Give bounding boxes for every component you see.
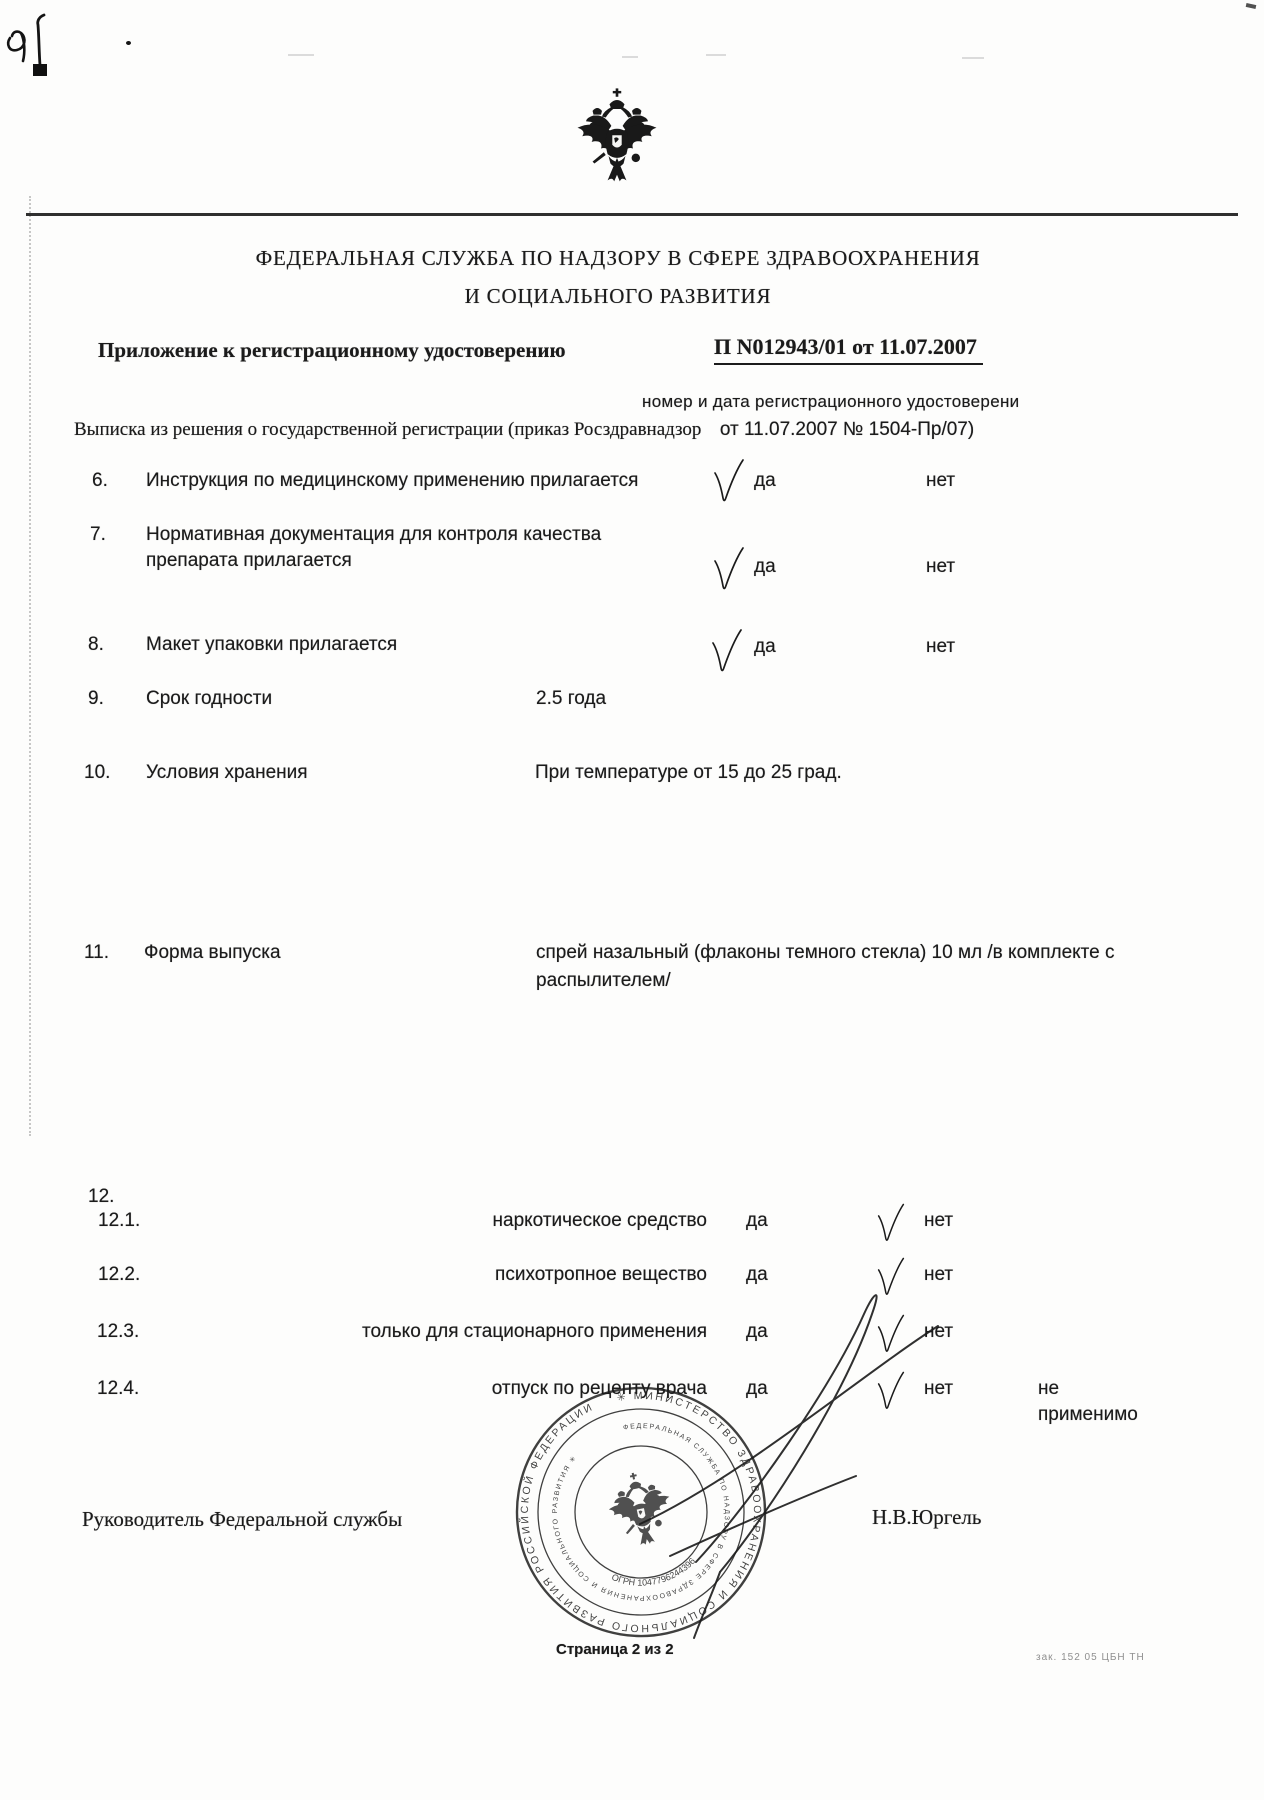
- item-10-number: 10.: [84, 762, 110, 784]
- item-10-value: При температуре от 15 до 25 град.: [535, 762, 842, 784]
- item-12-4-note-line2: применимо: [1038, 1404, 1138, 1426]
- appendix-label: Приложение к регистрационному удостовере…: [98, 338, 566, 363]
- item-12-4-note-line1: не: [1038, 1378, 1059, 1400]
- item-6-label: Инструкция по медицинскому применению пр…: [146, 470, 638, 492]
- scan-margin-dots: [29, 196, 31, 1136]
- checkmark-icon: [876, 1202, 906, 1244]
- item-12-1-number: 12.1.: [98, 1210, 140, 1232]
- registration-number: П N012943/01 от 11.07.2007: [714, 334, 983, 365]
- item-6-no: нет: [926, 470, 955, 492]
- checkmark-icon: [712, 546, 746, 592]
- coat-of-arms-icon: [570, 88, 664, 192]
- item-7-no: нет: [926, 556, 955, 578]
- signature-strokes: [600, 1256, 960, 1646]
- org-name-line2: И СОЦИАЛЬНОГО РАЗВИТИЯ: [0, 284, 1236, 309]
- item-11-label: Форма выпуска: [144, 942, 281, 964]
- scan-noise-dash: [288, 54, 314, 56]
- header-divider: [26, 213, 1238, 216]
- item-9-number: 9.: [88, 688, 104, 710]
- scan-noise-dash: [962, 57, 984, 59]
- org-name-line1: ФЕДЕРАЛЬНАЯ СЛУЖБА ПО НАДЗОРУ В СФЕРЕ ЗД…: [0, 246, 1236, 271]
- extract-order-number: от 11.07.2007 № 1504-Пр/07): [720, 419, 974, 440]
- signer-title: Руководитель Федеральной службы: [82, 1507, 402, 1532]
- item-12-2-number: 12.2.: [98, 1264, 140, 1286]
- handwritten-mark: [4, 12, 56, 76]
- print-code: зак. 152 05 ЦБН ТН: [1036, 1652, 1145, 1663]
- item-9-value: 2.5 года: [536, 688, 606, 710]
- item-12-1-no: нет: [924, 1210, 953, 1232]
- item-7-number: 7.: [90, 524, 106, 546]
- item-6-number: 6.: [92, 470, 108, 492]
- extract-text: Выписка из решения о государственной рег…: [74, 419, 701, 440]
- item-11-number: 11.: [84, 942, 109, 964]
- item-12-3-number: 12.3.: [97, 1321, 139, 1343]
- item-7-yes: да: [754, 556, 776, 578]
- item-7-label-line1: Нормативная документация для контроля ка…: [146, 524, 601, 546]
- scan-corner-mark: [1246, 3, 1257, 9]
- item-8-label: Макет упаковки прилагается: [146, 634, 397, 656]
- item-11-value-line2: распылителем/: [536, 970, 671, 992]
- item-8-no: нет: [926, 636, 955, 658]
- item-12-number: 12.: [88, 1186, 114, 1208]
- item-11-value-line1: спрей назальный (флаконы темного стекла)…: [536, 942, 1115, 964]
- item-8-number: 8.: [88, 634, 104, 656]
- item-9-label: Срок годности: [146, 688, 272, 710]
- scan-noise-dash: [622, 56, 638, 58]
- ink-dot: [126, 41, 131, 45]
- checkmark-icon: [712, 458, 746, 504]
- item-12-4-number: 12.4.: [97, 1378, 139, 1400]
- item-7-label-line2: препарата прилагается: [146, 550, 352, 572]
- item-6-yes: да: [754, 470, 776, 492]
- item-12-1-label: наркотическое средство: [300, 1210, 707, 1232]
- document-page: ФЕДЕРАЛЬНАЯ СЛУЖБА ПО НАДЗОРУ В СФЕРЕ ЗД…: [0, 0, 1264, 1800]
- page-indicator: Страница 2 из 2: [556, 1641, 674, 1658]
- registration-number-caption: номер и дата регистрационного удостовере…: [642, 392, 1019, 412]
- checkmark-icon: [710, 628, 744, 674]
- item-12-1-yes: да: [746, 1210, 768, 1232]
- signer-name: Н.В.Юргель: [872, 1505, 981, 1530]
- ink-blot: [33, 64, 47, 76]
- scan-noise-dash: [706, 54, 726, 56]
- item-10-label: Условия хранения: [146, 762, 308, 784]
- extract-line: Выписка из решения о государственной рег…: [74, 419, 974, 441]
- item-8-yes: да: [754, 636, 776, 658]
